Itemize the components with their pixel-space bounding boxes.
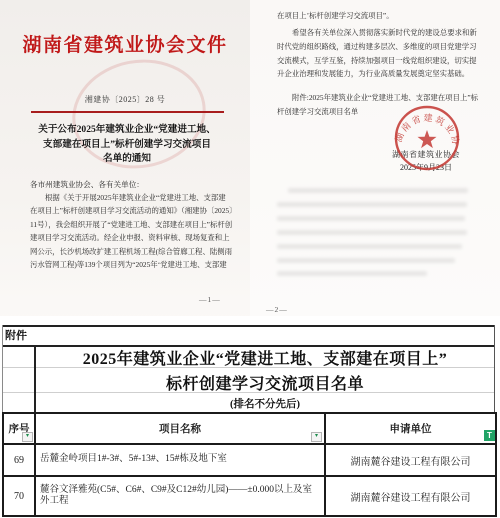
ranking-note: (排名不分先后)	[36, 396, 494, 411]
notice-title-line-1: 关于公布2025年建筑业企业“党建进工地、	[18, 123, 236, 138]
body-line: 在项目上”标杆创建项目学习交流活动的通知》（湘建协〔2025〕	[30, 205, 230, 218]
body-line: 建项目学习交流活动。经企业申报、资料审核、现场复查和上	[30, 232, 230, 245]
salutation: 各市州建筑业协会、各有关单位：	[30, 179, 144, 190]
bleed-line	[277, 244, 462, 249]
row-69-applicant: 湖南麓谷建设工程有限公司	[326, 445, 495, 477]
bleed-line	[277, 202, 467, 207]
paragraph-line: 交流模式，互学互鉴，持续加强项目一线党组织建设，切实提	[277, 55, 477, 66]
paragraph-line: 在项目上’标杆创建学习交流项目”。	[277, 10, 394, 21]
row-69-project: 岳麓金岭项目1#-3#、5#-13#、15#栋及地下室	[36, 445, 326, 477]
body-line: 根据《关于开展2025年建筑业企业“党建进工地、支部建	[30, 192, 230, 205]
notice-title-line-2: 支部建在项目上”标杆创建学习交流项目	[18, 138, 236, 153]
header-label-applicant: 申请单位	[390, 421, 432, 436]
attachment-title-line-2: 标杆创建学习交流项目名单	[36, 371, 494, 394]
page-number-2: —2—	[266, 305, 288, 314]
paragraph-line: 升企业治理和发展能力，为行业高质量发展奠定坚实基础。	[277, 68, 469, 79]
bleed-line	[277, 230, 467, 235]
projects-table: 序号 ▾ 项目名称 ▾ 申请单位 T 69 岳麓金岭项目1#-3#、5#-13#…	[2, 412, 497, 517]
document-photo: 湖南省建筑业协会文件 湘建协〔2025〕28 号 关于公布2025年建筑业企业“…	[0, 0, 500, 325]
body-line: 11号），我会组织开展了“党建进工地、支部建在项目上”标杆创	[30, 219, 230, 232]
official-seal: 湖南省建筑业协会	[392, 103, 462, 173]
screenshot-root: 湖南省建筑业协会文件 湘建协〔2025〕28 号 关于公布2025年建筑业企业“…	[0, 0, 500, 518]
attachment-note-line: 附件:2025年建筑业企业“党建进工地、支部建在项目上”标	[277, 92, 478, 103]
row-70-project: 麓谷文泽雅苑(C5#、C6#、C9#及C12#幼儿园)——±0.000以上及室外…	[36, 477, 326, 515]
row-69-no: 69	[4, 445, 36, 477]
paragraph-line: 时代党的组织路线，通过构建多层次、多维度的项目党建学习	[277, 41, 477, 52]
notice-title: 关于公布2025年建筑业企业“党建进工地、 支部建在项目上”标杆创建学习交流项目…	[18, 123, 236, 167]
header-cell-project: 项目名称 ▾	[36, 414, 326, 445]
bleed-line	[277, 258, 455, 263]
filter-dropdown-icon[interactable]: ▾	[311, 432, 322, 442]
row-70-no: 70	[4, 477, 36, 515]
header-cell-no: 序号 ▾	[4, 414, 36, 445]
notice-title-line-3: 名单的通知	[18, 152, 236, 167]
sheet-top-border	[2, 325, 495, 327]
bleed-line	[277, 271, 427, 276]
filter-applied-icon[interactable]: T	[484, 430, 495, 441]
attachment-sheet: 附件 2025年建筑业企业“党建进工地、支部建在项目上” 标杆创建学习交流项目名…	[0, 316, 500, 518]
page-number-1: —1—	[199, 295, 221, 304]
sheet-left-border	[2, 325, 3, 412]
filter-dropdown-icon[interactable]: ▾	[22, 432, 33, 442]
red-separator-line	[31, 111, 224, 113]
bleed-line	[277, 216, 465, 221]
sheet-right-border	[494, 325, 495, 412]
doc-number: 湘建协〔2025〕28 号	[18, 94, 232, 105]
paragraph-line: 希望各有关单位深入贯彻落实新时代党的建设总要求和新	[277, 27, 477, 38]
attachment-title-line-1: 2025年建筑业企业“党建进工地、支部建在项目上”	[36, 346, 494, 369]
body-paragraph-p1: 根据《关于开展2025年建筑业企业“党建进工地、支部建 在项目上”标杆创建项目学…	[30, 192, 230, 272]
body-line: 网公示，长沙机场改扩建工程机场工程(综合管廊工程、陆侧雨	[30, 246, 230, 259]
attachment-note-line: 杆创建学习交流项目名单	[277, 106, 358, 117]
attachment-label: 附件	[5, 327, 27, 343]
doc-header-title: 湖南省建筑业协会文件	[18, 30, 232, 57]
body-line: 污水管网工程)等139个项目列为“2025年‘党建进工地、支部建	[30, 259, 230, 272]
document-page-1: 湖南省建筑业协会文件 湘建协〔2025〕28 号 关于公布2025年建筑业企业“…	[0, 0, 250, 325]
header-label-project: 项目名称	[159, 421, 201, 436]
row-70-applicant: 湖南麓谷建设工程有限公司	[326, 477, 495, 515]
bleed-line	[288, 188, 468, 193]
seal-star-icon	[418, 130, 437, 148]
document-page-2: 在项目上’标杆创建学习交流项目”。 希望各有关单位深入贯彻落实新时代党的建设总要…	[250, 0, 500, 325]
header-cell-applicant: 申请单位 T	[326, 414, 495, 445]
